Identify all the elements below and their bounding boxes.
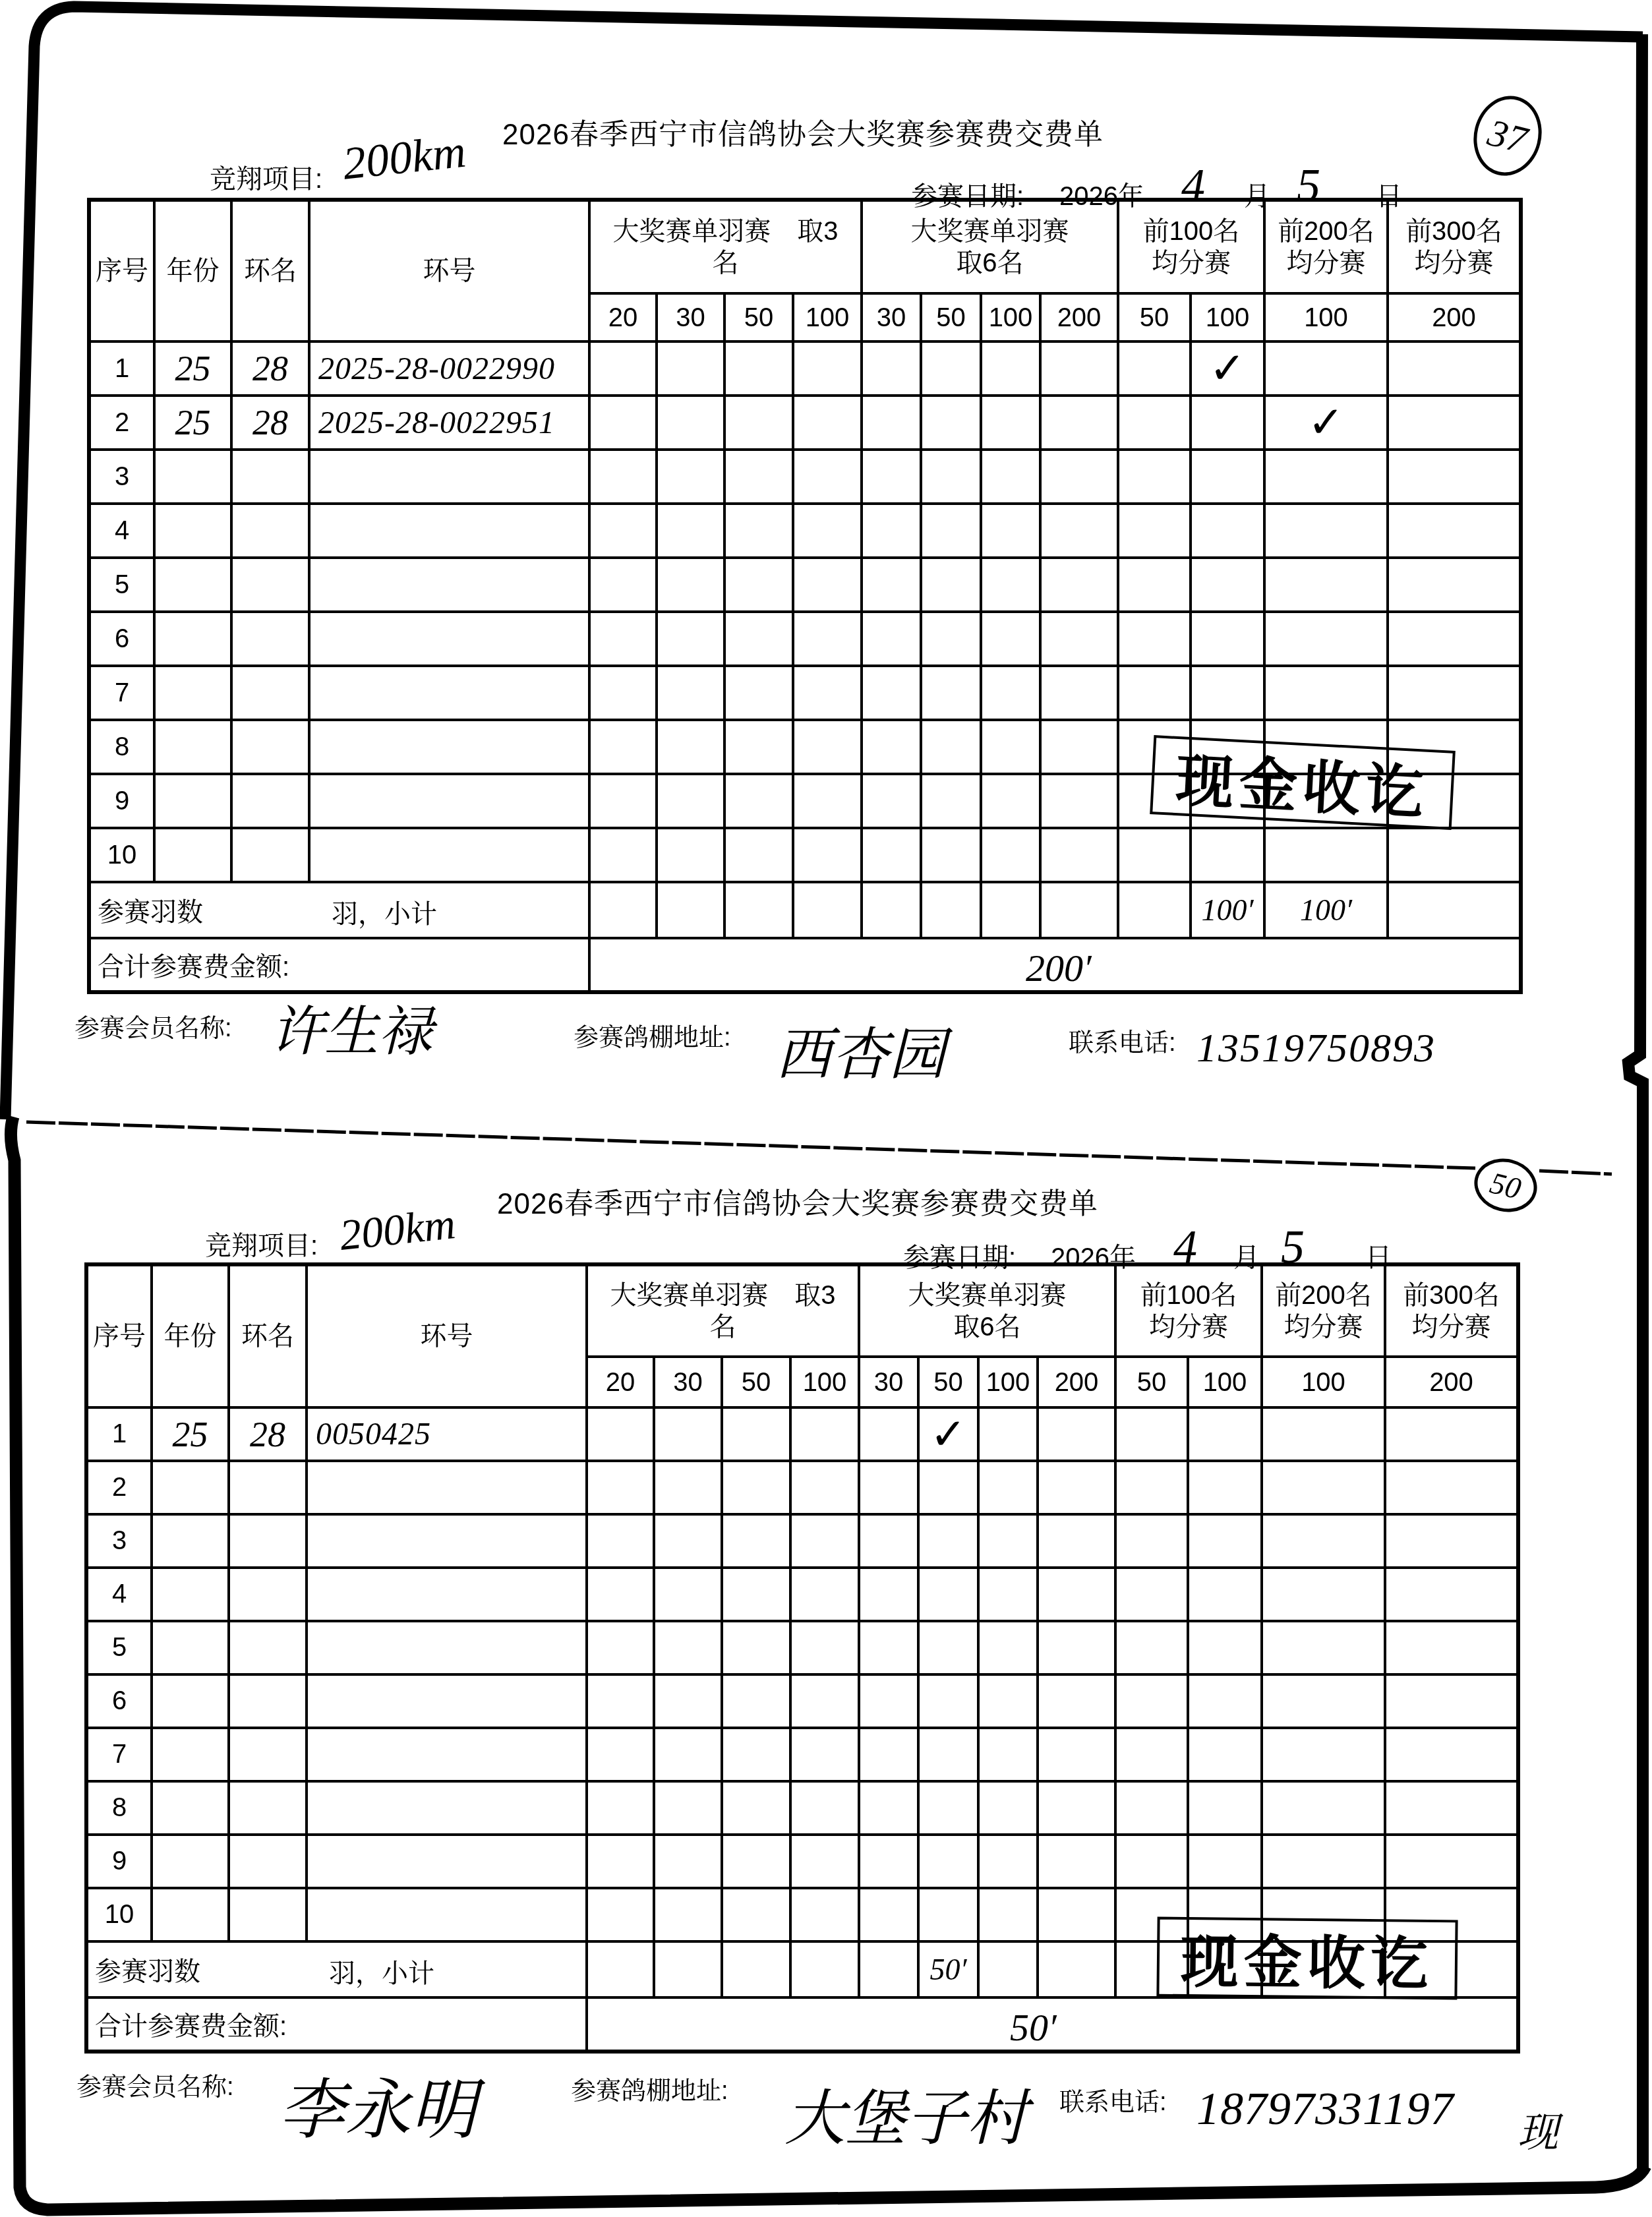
row-ring-name: 28 bbox=[231, 396, 309, 450]
fee-top100-100: 100 bbox=[1188, 1357, 1262, 1407]
mark-top3-30 bbox=[654, 1514, 722, 1568]
table-row: 5 bbox=[89, 558, 1521, 612]
mark-top3-30 bbox=[654, 1621, 722, 1674]
table-row: 9 bbox=[86, 1835, 1518, 1888]
mark-top6-50 bbox=[921, 558, 981, 612]
table-row: 6 bbox=[86, 1674, 1518, 1728]
mark-top6-200 bbox=[1038, 1728, 1115, 1781]
mark-top3-50 bbox=[724, 774, 793, 828]
header-row: 序号 年份 环名 环号 大奖赛单羽赛 取3 名 大奖赛单羽赛 取6名 前100名… bbox=[89, 200, 1521, 293]
row-ring-name bbox=[231, 504, 309, 558]
row-ring-name bbox=[231, 450, 309, 504]
mark-top100-50 bbox=[1115, 1621, 1188, 1674]
row-ring-number bbox=[307, 1728, 587, 1781]
row-ring-name bbox=[231, 720, 309, 774]
mark-top6-200 bbox=[1040, 504, 1118, 558]
subtotal-top100-50 bbox=[1118, 882, 1191, 938]
fee-top3-20: 20 bbox=[589, 293, 657, 341]
fee-top6-30: 30 bbox=[862, 293, 921, 341]
mark-top100-100 bbox=[1188, 1407, 1262, 1461]
mark-top300-200 bbox=[1385, 1835, 1518, 1888]
serial-number: 37 bbox=[1484, 109, 1531, 162]
mark-top100-50 bbox=[1115, 1407, 1188, 1461]
handwritten-margin-note: 现 bbox=[1518, 2100, 1558, 2158]
row-seq: 8 bbox=[89, 720, 154, 774]
mark-top3-50 bbox=[722, 1835, 790, 1888]
mark-top6-30 bbox=[859, 1407, 918, 1461]
mark-top6-30 bbox=[862, 774, 921, 828]
mark-top100-50 bbox=[1115, 1568, 1188, 1621]
mark-top6-30 bbox=[862, 450, 921, 504]
mark-top3-30 bbox=[657, 450, 724, 504]
mark-top6-50 bbox=[918, 1835, 978, 1888]
mark-top3-20 bbox=[587, 1728, 654, 1781]
subtotal-top6-30 bbox=[859, 1941, 918, 1997]
subtotal-top3-30 bbox=[654, 1941, 722, 1997]
table-row: 7 bbox=[89, 666, 1521, 720]
mark-top6-30 bbox=[862, 666, 921, 720]
mark-top3-50 bbox=[722, 1568, 790, 1621]
phone-number: 18797331197 bbox=[1196, 2083, 1454, 2136]
row-year bbox=[152, 1461, 229, 1514]
mark-top6-100 bbox=[978, 1781, 1038, 1835]
mark-top3-100 bbox=[793, 504, 862, 558]
row-ring-number bbox=[307, 1674, 587, 1728]
row-ring-name bbox=[231, 828, 309, 882]
form-title: 2026春季西宁市信鸽协会大奖赛参赛费交费单 bbox=[84, 1180, 1511, 1222]
mark-top6-200 bbox=[1040, 396, 1118, 450]
total-row: 合计参赛费金额: 200′ bbox=[89, 938, 1521, 992]
row-seq: 1 bbox=[86, 1407, 152, 1461]
mark-top3-50 bbox=[724, 828, 793, 882]
mark-top200-100 bbox=[1262, 1621, 1385, 1674]
row-ring-name bbox=[229, 1674, 307, 1728]
mark-top100-50 bbox=[1115, 1461, 1188, 1514]
table-row: 125280050425✓ bbox=[86, 1407, 1518, 1461]
row-ring-name bbox=[229, 1888, 307, 1941]
loft-address-label: 参赛鸽棚地址: bbox=[571, 2070, 728, 2106]
phone-number: 13519750893 bbox=[1196, 1025, 1436, 1072]
mark-top3-100 bbox=[790, 1781, 859, 1835]
loft-address-label: 参赛鸽棚地址: bbox=[574, 1017, 731, 1053]
row-year: 25 bbox=[154, 396, 231, 450]
mark-top200-100 bbox=[1264, 450, 1388, 504]
mark-top6-100 bbox=[978, 1407, 1038, 1461]
row-year bbox=[154, 828, 231, 882]
fee-top3-30: 30 bbox=[657, 293, 724, 341]
header-ring-name: 环名 bbox=[229, 1264, 307, 1407]
mark-top100-100 bbox=[1191, 666, 1264, 720]
mark-top3-20 bbox=[589, 341, 657, 396]
mark-top6-30 bbox=[859, 1621, 918, 1674]
fee-top6-50: 50 bbox=[921, 293, 981, 341]
fee-top200-100: 100 bbox=[1264, 293, 1388, 341]
mark-top6-200 bbox=[1038, 1621, 1115, 1674]
table-row: 7 bbox=[86, 1728, 1518, 1781]
mark-top6-50 bbox=[921, 341, 981, 396]
row-seq: 9 bbox=[89, 774, 154, 828]
row-seq: 9 bbox=[86, 1835, 152, 1888]
row-seq: 7 bbox=[89, 666, 154, 720]
fee-top6-200: 200 bbox=[1040, 293, 1118, 341]
row-ring-number: 2025-28-0022990 bbox=[309, 341, 589, 396]
mark-top6-30 bbox=[859, 1728, 918, 1781]
mark-top3-20 bbox=[587, 1674, 654, 1728]
race-item-label: 竞翔项目: bbox=[210, 158, 322, 196]
fee-top3-30: 30 bbox=[654, 1357, 722, 1407]
row-ring-number bbox=[307, 1461, 587, 1514]
mark-top200-100 bbox=[1262, 1674, 1385, 1728]
mark-top3-100 bbox=[793, 666, 862, 720]
table-row: 125282025-28-0022990✓ bbox=[89, 341, 1521, 396]
stamp-text: 现金收讫 bbox=[1180, 1915, 1434, 2001]
mark-top6-50 bbox=[918, 1781, 978, 1835]
row-year bbox=[152, 1888, 229, 1941]
mark-top100-100 bbox=[1191, 504, 1264, 558]
row-seq: 2 bbox=[89, 396, 154, 450]
fee-top3-50: 50 bbox=[722, 1357, 790, 1407]
row-ring-name: 28 bbox=[231, 341, 309, 396]
mark-top3-50 bbox=[724, 341, 793, 396]
subtotal-unit-label: 羽，小计 bbox=[329, 1953, 434, 1990]
mark-top3-30 bbox=[657, 828, 724, 882]
row-ring-number bbox=[307, 1621, 587, 1674]
mark-top3-50 bbox=[722, 1621, 790, 1674]
mark-top6-50 bbox=[921, 828, 981, 882]
mark-top300-200 bbox=[1388, 450, 1521, 504]
mark-top300-200 bbox=[1385, 1407, 1518, 1461]
mark-top3-30 bbox=[657, 720, 724, 774]
row-ring-number bbox=[309, 720, 589, 774]
row-ring-name bbox=[229, 1835, 307, 1888]
mark-top6-100 bbox=[981, 341, 1040, 396]
mark-top3-50 bbox=[722, 1514, 790, 1568]
fee-top300-200: 200 bbox=[1385, 1357, 1518, 1407]
total-row: 合计参赛费金额: 50′ bbox=[86, 1997, 1518, 2052]
total-label: 合计参赛费金额: bbox=[86, 1997, 587, 2052]
mark-top6-50 bbox=[921, 774, 981, 828]
subtotal-top3-20 bbox=[587, 1941, 654, 1997]
mark-top6-50 bbox=[921, 396, 981, 450]
header-year: 年份 bbox=[154, 200, 231, 341]
mark-top6-200 bbox=[1040, 558, 1118, 612]
mark-top100-100 bbox=[1188, 1461, 1262, 1514]
subtotal-top3-20 bbox=[589, 882, 657, 938]
total-amount: 200′ bbox=[589, 938, 1521, 992]
fee-top6-100: 100 bbox=[981, 293, 1040, 341]
mark-top3-20 bbox=[589, 612, 657, 666]
mark-top6-50 bbox=[918, 1621, 978, 1674]
row-seq: 6 bbox=[89, 612, 154, 666]
mark-top3-30 bbox=[654, 1461, 722, 1514]
mark-top100-100 bbox=[1188, 1781, 1262, 1835]
subtotal-label: 参赛羽数 bbox=[95, 1951, 200, 1988]
subtotal-top6-100 bbox=[978, 1941, 1038, 1997]
mark-top300-200 bbox=[1385, 1728, 1518, 1781]
table-row: 10 bbox=[89, 828, 1521, 882]
mark-top6-100 bbox=[981, 450, 1040, 504]
mark-top100-50 bbox=[1118, 450, 1191, 504]
mark-top3-30 bbox=[654, 1568, 722, 1621]
mark-top200-100 bbox=[1262, 1461, 1385, 1514]
mark-top3-30 bbox=[657, 341, 724, 396]
mark-top200-100 bbox=[1264, 558, 1388, 612]
mark-top100-50 bbox=[1118, 341, 1191, 396]
mark-top3-100 bbox=[790, 1461, 859, 1514]
header-top200-average: 前200名 均分赛 bbox=[1262, 1264, 1385, 1357]
mark-top3-20 bbox=[589, 396, 657, 450]
mark-top100-50 bbox=[1115, 1835, 1188, 1888]
mark-top6-100 bbox=[978, 1888, 1038, 1941]
mark-top6-30 bbox=[862, 504, 921, 558]
mark-top3-50 bbox=[722, 1781, 790, 1835]
form-title: 2026春季西宁市信鸽协会大奖赛参赛费交费单 bbox=[87, 111, 1519, 153]
row-year bbox=[152, 1514, 229, 1568]
mark-top3-20 bbox=[589, 450, 657, 504]
mark-top100-50 bbox=[1118, 612, 1191, 666]
table-row: 3 bbox=[86, 1514, 1518, 1568]
stamp-text: 现金收讫 bbox=[1174, 734, 1431, 831]
header-row: 序号 年份 环名 环号 大奖赛单羽赛 取3 名 大奖赛单羽赛 取6名 前100名… bbox=[86, 1264, 1518, 1357]
row-ring-name bbox=[229, 1568, 307, 1621]
row-ring-number bbox=[307, 1888, 587, 1941]
fee-top6-30: 30 bbox=[859, 1357, 918, 1407]
mark-top3-50 bbox=[724, 450, 793, 504]
mark-top300-200 bbox=[1385, 1621, 1518, 1674]
header-ring-name: 环名 bbox=[231, 200, 309, 341]
mark-top100-100 bbox=[1188, 1514, 1262, 1568]
mark-top6-200 bbox=[1038, 1674, 1115, 1728]
mark-top3-20 bbox=[587, 1568, 654, 1621]
total-amount: 50′ bbox=[587, 1997, 1518, 2052]
row-ring-number bbox=[309, 774, 589, 828]
header-ring-number: 环号 bbox=[307, 1264, 587, 1407]
mark-top6-100 bbox=[981, 828, 1040, 882]
fee-top6-100: 100 bbox=[978, 1357, 1038, 1407]
row-seq: 8 bbox=[86, 1781, 152, 1835]
mark-top100-100 bbox=[1188, 1568, 1262, 1621]
mark-top6-200 bbox=[1040, 341, 1118, 396]
header-grand-prix-top3: 大奖赛单羽赛 取3 名 bbox=[589, 200, 862, 293]
mark-top3-20 bbox=[589, 774, 657, 828]
mark-top3-100 bbox=[793, 558, 862, 612]
row-year bbox=[152, 1835, 229, 1888]
header-top300-average: 前300名 均分赛 bbox=[1388, 200, 1521, 293]
mark-top200-100: ✓ bbox=[1264, 396, 1388, 450]
fee-top3-20: 20 bbox=[587, 1357, 654, 1407]
mark-top100-100 bbox=[1191, 450, 1264, 504]
mark-top300-200 bbox=[1385, 1461, 1518, 1514]
mark-top6-200 bbox=[1040, 612, 1118, 666]
header-grand-prix-top3: 大奖赛单羽赛 取3 名 bbox=[587, 1264, 859, 1357]
mark-top6-100 bbox=[981, 558, 1040, 612]
mark-top3-100 bbox=[790, 1621, 859, 1674]
row-ring-number: 2025-28-0022951 bbox=[309, 396, 589, 450]
header-year: 年份 bbox=[152, 1264, 229, 1407]
mark-top6-100 bbox=[981, 666, 1040, 720]
mark-top3-30 bbox=[654, 1728, 722, 1781]
member-name: 许生禄 bbox=[270, 989, 432, 1066]
mark-top3-20 bbox=[587, 1781, 654, 1835]
mark-top100-50 bbox=[1118, 396, 1191, 450]
mark-top6-100 bbox=[978, 1674, 1038, 1728]
mark-top3-50 bbox=[724, 720, 793, 774]
row-year bbox=[152, 1568, 229, 1621]
row-year bbox=[154, 774, 231, 828]
loft-address: 西杏园 bbox=[775, 1009, 945, 1090]
fee-top100-50: 50 bbox=[1115, 1357, 1188, 1407]
mark-top6-30 bbox=[859, 1568, 918, 1621]
mark-top200-100 bbox=[1262, 1728, 1385, 1781]
mark-top200-100 bbox=[1262, 1568, 1385, 1621]
row-seq: 1 bbox=[89, 341, 154, 396]
member-name-label: 参赛会员名称: bbox=[74, 1007, 232, 1044]
mark-top3-50 bbox=[722, 1728, 790, 1781]
table-row: 225282025-28-0022951✓ bbox=[89, 396, 1521, 450]
mark-top6-200 bbox=[1038, 1781, 1115, 1835]
mark-top6-100 bbox=[978, 1835, 1038, 1888]
mark-top3-100 bbox=[790, 1674, 859, 1728]
mark-top3-100 bbox=[793, 450, 862, 504]
mark-top3-30 bbox=[654, 1674, 722, 1728]
loft-address: 大堡子村 bbox=[784, 2070, 1027, 2157]
mark-top6-50 bbox=[918, 1461, 978, 1514]
subtotal-top6-30 bbox=[862, 882, 921, 938]
row-seq: 3 bbox=[86, 1514, 152, 1568]
row-seq: 6 bbox=[86, 1674, 152, 1728]
mark-top3-100 bbox=[793, 720, 862, 774]
row-year bbox=[152, 1781, 229, 1835]
row-ring-name bbox=[231, 612, 309, 666]
mark-top3-50 bbox=[724, 396, 793, 450]
mark-top3-100 bbox=[790, 1835, 859, 1888]
mark-top3-30 bbox=[654, 1835, 722, 1888]
mark-top6-50 bbox=[918, 1728, 978, 1781]
row-ring-name bbox=[231, 774, 309, 828]
row-seq: 5 bbox=[89, 558, 154, 612]
subtotal-top6-50 bbox=[921, 882, 981, 938]
mark-top100-100 bbox=[1191, 612, 1264, 666]
subtotal-top3-100 bbox=[790, 1941, 859, 1997]
total-label: 合计参赛费金额: bbox=[89, 938, 589, 992]
row-ring-name bbox=[229, 1621, 307, 1674]
mark-top6-30 bbox=[862, 828, 921, 882]
mark-top6-200 bbox=[1038, 1888, 1115, 1941]
mark-top200-100 bbox=[1262, 1514, 1385, 1568]
row-ring-name bbox=[229, 1728, 307, 1781]
mark-top3-20 bbox=[587, 1407, 654, 1461]
mark-top300-200 bbox=[1385, 1781, 1518, 1835]
mark-top300-200 bbox=[1388, 341, 1521, 396]
mark-top6-100 bbox=[978, 1568, 1038, 1621]
mark-top3-100 bbox=[790, 1514, 859, 1568]
subtotal-top100-100: 100′ bbox=[1191, 882, 1264, 938]
phone-label: 联系电话: bbox=[1059, 2081, 1167, 2117]
table-row: 6 bbox=[89, 612, 1521, 666]
mark-top100-100 bbox=[1188, 1621, 1262, 1674]
mark-top3-100 bbox=[793, 612, 862, 666]
mark-top3-50 bbox=[722, 1407, 790, 1461]
subtotal-unit-label: 羽，小计 bbox=[332, 893, 437, 931]
mark-top6-200 bbox=[1040, 828, 1118, 882]
mark-top3-20 bbox=[589, 558, 657, 612]
mark-top3-50 bbox=[722, 1461, 790, 1514]
mark-top6-50 bbox=[921, 504, 981, 558]
mark-top6-50 bbox=[918, 1514, 978, 1568]
mark-top6-100 bbox=[981, 720, 1040, 774]
mark-top6-100 bbox=[978, 1514, 1038, 1568]
mark-top300-200 bbox=[1385, 1674, 1518, 1728]
subtotal-top3-50 bbox=[724, 882, 793, 938]
mark-top3-50 bbox=[722, 1674, 790, 1728]
fee-top6-50: 50 bbox=[918, 1357, 978, 1407]
fee-top100-50: 50 bbox=[1118, 293, 1191, 341]
subtotal-top3-50 bbox=[722, 1941, 790, 1997]
subtotal-label-cell: 参赛羽数羽，小计 bbox=[86, 1941, 587, 1997]
bottom-sheet-top-cut-line bbox=[26, 1122, 1612, 1174]
mark-top3-30 bbox=[657, 504, 724, 558]
mark-top3-20 bbox=[587, 1461, 654, 1514]
mark-top6-200 bbox=[1038, 1514, 1115, 1568]
cash-received-stamp: 现金收讫 bbox=[1150, 735, 1456, 830]
subtotal-top3-100 bbox=[793, 882, 862, 938]
mark-top100-50 bbox=[1118, 504, 1191, 558]
mark-top3-30 bbox=[657, 666, 724, 720]
mark-top6-200 bbox=[1038, 1461, 1115, 1514]
header-seq: 序号 bbox=[86, 1264, 152, 1407]
mark-top3-50 bbox=[724, 612, 793, 666]
mark-top100-100 bbox=[1191, 828, 1264, 882]
mark-top6-30 bbox=[859, 1835, 918, 1888]
row-year bbox=[152, 1621, 229, 1674]
mark-top100-100 bbox=[1191, 396, 1264, 450]
mark-top100-100 bbox=[1188, 1835, 1262, 1888]
mark-top3-100 bbox=[793, 774, 862, 828]
mark-top3-30 bbox=[657, 774, 724, 828]
mark-top3-30 bbox=[654, 1407, 722, 1461]
row-seq: 3 bbox=[89, 450, 154, 504]
mark-top100-50 bbox=[1118, 558, 1191, 612]
subtotal-label: 参赛羽数 bbox=[98, 891, 203, 929]
mark-top100-50 bbox=[1115, 1728, 1188, 1781]
mark-top300-200 bbox=[1385, 1514, 1518, 1568]
row-ring-name: 28 bbox=[229, 1407, 307, 1461]
row-year bbox=[154, 666, 231, 720]
mark-top6-100 bbox=[981, 774, 1040, 828]
cash-received-stamp: 现金收讫 bbox=[1156, 1917, 1458, 2000]
row-year bbox=[154, 612, 231, 666]
race-item-label: 竞翔项目: bbox=[205, 1225, 318, 1262]
mark-top3-20 bbox=[589, 504, 657, 558]
mark-top6-50 bbox=[921, 612, 981, 666]
row-ring-number bbox=[307, 1835, 587, 1888]
mark-top3-100 bbox=[790, 1568, 859, 1621]
row-seq: 2 bbox=[86, 1461, 152, 1514]
row-seq: 7 bbox=[86, 1728, 152, 1781]
row-ring-name bbox=[229, 1461, 307, 1514]
table-row: 5 bbox=[86, 1621, 1518, 1674]
mark-top100-100 bbox=[1188, 1728, 1262, 1781]
mark-top300-200 bbox=[1388, 396, 1521, 450]
row-ring-number bbox=[307, 1781, 587, 1835]
mark-top3-20 bbox=[589, 666, 657, 720]
mark-top300-200 bbox=[1388, 666, 1521, 720]
mark-top100-100: ✓ bbox=[1191, 341, 1264, 396]
mark-top6-30 bbox=[859, 1674, 918, 1728]
mark-top6-200 bbox=[1040, 774, 1118, 828]
mark-top3-20 bbox=[587, 1514, 654, 1568]
mark-top6-100 bbox=[978, 1461, 1038, 1514]
